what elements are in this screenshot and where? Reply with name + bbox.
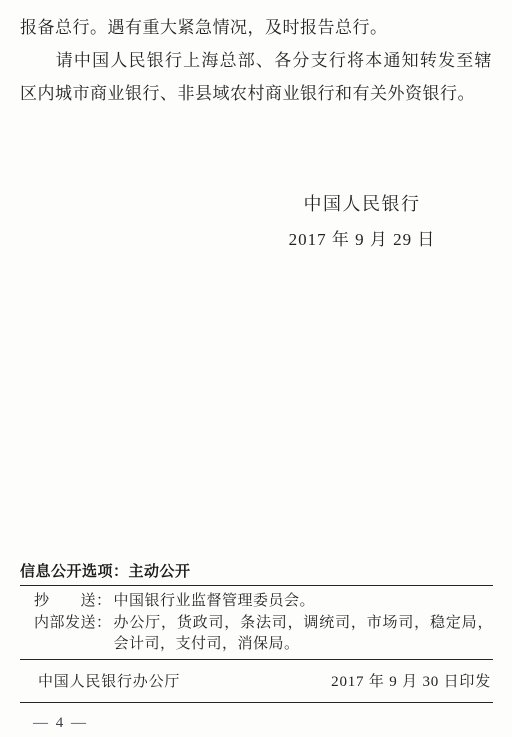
paragraph-forwarding-request: 请中国人民银行上海总部、各分支行将本通知转发至辖区内城市商业银行、非县域农村商业… xyxy=(20,44,492,110)
signature-block: 中国人民银行 2017 年 9 月 29 日 xyxy=(232,192,492,252)
page-number: — 4 — xyxy=(20,715,493,732)
issuer-name: 中国人民银行 xyxy=(232,192,492,216)
internal-distribution-value: 办公厅，货政司，条法司，调统司，市场司，稳定局，会计司，支付司，消保局。 xyxy=(112,613,493,656)
internal-distribution-label: 内部发送： xyxy=(34,613,112,635)
cc-row: 抄 送： 中国银行业监督管理委员会。 xyxy=(34,591,493,613)
divider-bottom xyxy=(20,702,493,703)
document-page: 报备总行。遇有重大紧急情况，及时报告总行。 请中国人民银行上海总部、各分支行将本… xyxy=(0,0,512,737)
cc-label: 抄 送： xyxy=(34,591,112,613)
paragraph-continuation: 报备总行。遇有重大紧急情况，及时报告总行。 xyxy=(20,11,492,44)
disclosure-option: 信息公开选项：主动公开 xyxy=(20,561,493,583)
body-text: 报备总行。遇有重大紧急情况，及时报告总行。 请中国人民银行上海总部、各分支行将本… xyxy=(20,11,492,110)
print-date: 2017 年 9 月 30 日印发 xyxy=(331,670,491,691)
distribution-list: 抄 送： 中国银行业监督管理委员会。 内部发送： 办公厅，货政司，条法司，调统司… xyxy=(20,586,493,659)
issuing-row: 中国人民银行办公厅 2017 年 9 月 30 日印发 xyxy=(20,660,493,702)
document-footer: 信息公开选项：主动公开 抄 送： 中国银行业监督管理委员会。 内部发送： 办公厅… xyxy=(20,561,493,732)
signature-date: 2017 年 9 月 29 日 xyxy=(232,228,492,252)
issuing-office: 中国人民银行办公厅 xyxy=(38,670,180,691)
cc-value: 中国银行业监督管理委员会。 xyxy=(112,591,493,613)
internal-distribution-row: 内部发送： 办公厅，货政司，条法司，调统司，市场司，稳定局，会计司，支付司，消保… xyxy=(34,613,493,656)
